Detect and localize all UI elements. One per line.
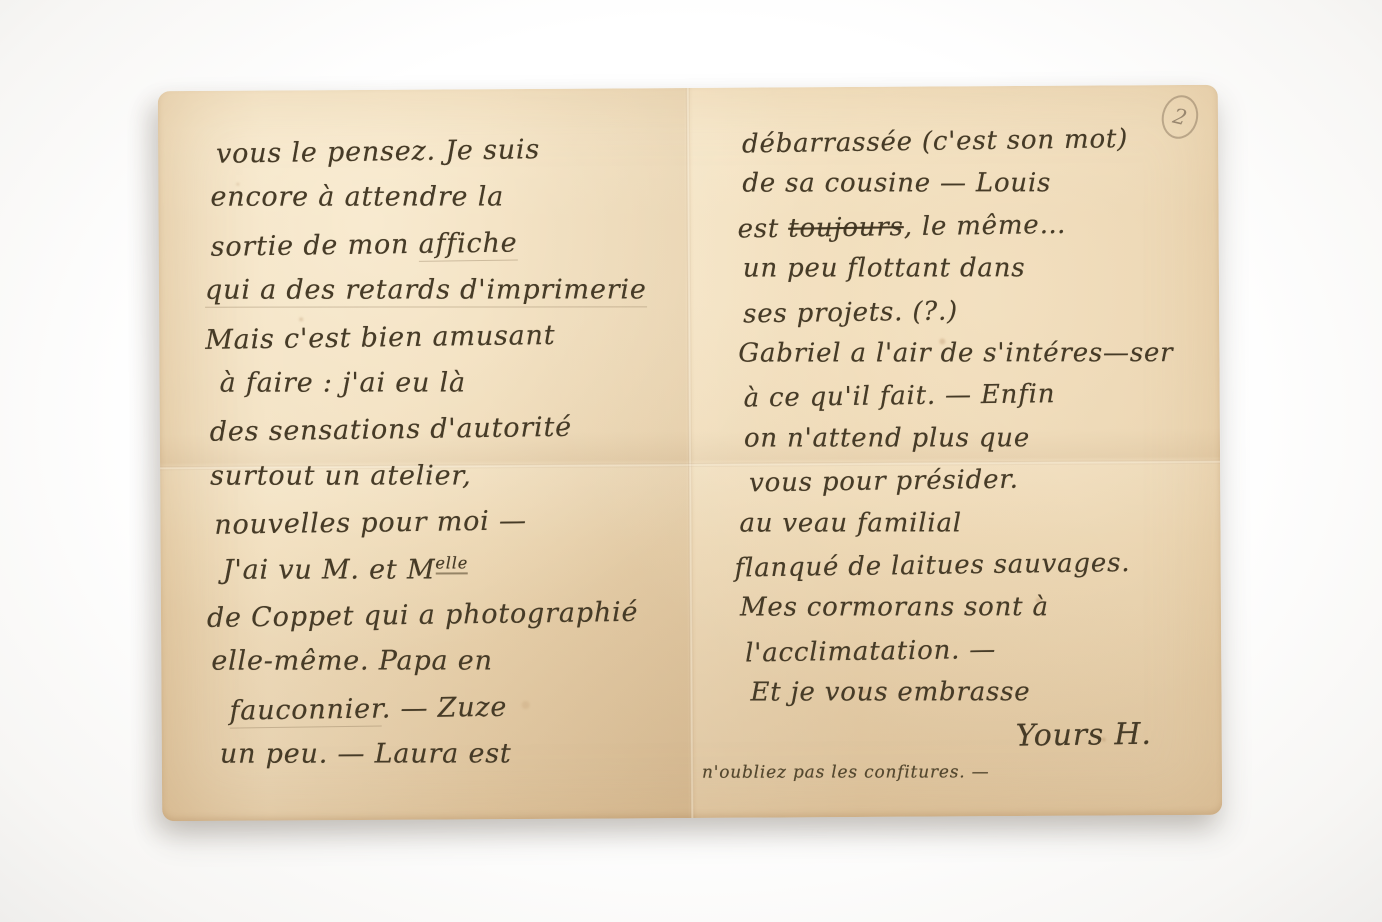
- manuscript-text-segment: débarrassée (c'est son mot): [742, 124, 1128, 159]
- manuscript-text-segment: qui a des retards d'imprimerie: [205, 274, 647, 307]
- manuscript-text-segment: elle: [435, 553, 468, 574]
- manuscript-line: nouvelles pour moi —: [214, 503, 687, 556]
- manuscript-line: n'oubliez pas les confitures. —: [702, 762, 1198, 786]
- manuscript-text-segment: affiche: [418, 227, 517, 261]
- letter-sheet: 2 vous le pensez. Je suisencore à attend…: [158, 85, 1222, 821]
- manuscript-line: encore à attendre la: [210, 182, 684, 229]
- manuscript-line: est toujours, le même…: [737, 208, 1195, 257]
- manuscript-line: un peu. — Laura est: [220, 738, 688, 785]
- manuscript-text-segment: de sa cousine — Louis: [742, 169, 1051, 199]
- manuscript-text-segment: flanqué de laitues sauvages.: [734, 548, 1130, 584]
- manuscript-line: vous le pensez. Je suis: [216, 132, 685, 185]
- manuscript-line: fauconnier. — Zuze: [229, 689, 688, 742]
- manuscript-text-segment: ses projets. (?.): [743, 296, 958, 329]
- manuscript-text-segment: à faire : j'ai eu là: [220, 367, 466, 398]
- manuscript-line: qui a des retards d'imprimerie: [205, 274, 685, 321]
- manuscript-text-segment: un peu. — Laura est: [220, 738, 512, 769]
- manuscript-line: Mais c'est bien amusant: [205, 318, 686, 371]
- manuscript-text-segment: , le même…: [904, 210, 1067, 242]
- manuscript-text-segment: n'oubliez pas les confitures. —: [702, 762, 990, 782]
- right-page-text: débarrassée (c'est son mot)de sa cousine…: [732, 125, 1198, 788]
- manuscript-text-segment: encore à attendre la: [210, 182, 504, 213]
- manuscript-text-segment: Mais c'est bien amusant: [205, 320, 556, 356]
- manuscript-text-segment: au veau familial: [739, 508, 961, 538]
- manuscript-text-segment: à ce qu'il fait. — Enfin: [743, 379, 1055, 413]
- manuscript-line: un peu flottant dans: [743, 253, 1195, 296]
- manuscript-line: flanqué de laitues sauvages.: [734, 547, 1197, 596]
- manuscript-line: vous pour présider.: [749, 462, 1197, 511]
- manuscript-line: on n'attend plus que: [744, 423, 1196, 466]
- manuscript-line: l'acclimatation. —: [745, 632, 1198, 681]
- manuscript-line: Gabriel a l'air de s'intéres—ser: [738, 338, 1195, 381]
- manuscript-line: Yours H.: [735, 717, 1198, 766]
- manuscript-line: J'ai vu M. et Melle: [223, 553, 687, 600]
- left-page-text: vous le pensez. Je suisencore à attendre…: [204, 134, 688, 786]
- manuscript-text-segment: un peu flottant dans: [743, 253, 1026, 283]
- manuscript-text-segment: . — Zuze: [381, 691, 507, 724]
- manuscript-line: Et je vous embrasse: [750, 677, 1197, 720]
- manuscript-text-segment: sortie de mon: [210, 229, 418, 263]
- manuscript-text-segment: l'acclimatation. —: [745, 635, 996, 669]
- manuscript-text-segment: on n'attend plus que: [744, 423, 1030, 453]
- manuscript-line: Mes cormorans sont à: [740, 592, 1197, 635]
- manuscript-line: sortie de mon affiche: [210, 225, 685, 278]
- manuscript-text-segment: nouvelles pour moi —: [214, 506, 527, 541]
- manuscript-text-segment: Mes cormorans sont à: [740, 593, 1049, 623]
- photo-background: 2 vous le pensez. Je suisencore à attend…: [0, 0, 1382, 922]
- manuscript-line: elle-même. Papa en: [211, 646, 687, 693]
- manuscript-line: débarrassée (c'est son mot): [742, 123, 1195, 172]
- manuscript-line: des sensations d'autorité: [210, 411, 687, 464]
- manuscript-text-segment: est: [737, 214, 788, 245]
- manuscript-text-segment: vous le pensez. Je suis: [216, 134, 540, 170]
- manuscript-line: ses projets. (?.): [743, 293, 1196, 342]
- manuscript-line: au veau familial: [739, 508, 1196, 551]
- manuscript-text-segment: des sensations d'autorité: [210, 412, 573, 448]
- manuscript-text-segment: toujours: [788, 212, 904, 244]
- manuscript-text-segment: Et je vous embrasse: [750, 677, 1030, 707]
- manuscript-text-segment: J'ai vu M. et M: [223, 554, 436, 585]
- manuscript-text-segment: surtout un atelier,: [210, 460, 471, 491]
- manuscript-text-segment: de Coppet qui a photographié: [207, 597, 639, 634]
- manuscript-line: surtout un atelier,: [210, 460, 686, 507]
- manuscript-line: de sa cousine — Louis: [742, 168, 1194, 211]
- manuscript-text-segment: elle-même. Papa en: [211, 646, 492, 677]
- manuscript-text-segment: Gabriel a l'air de s'intéres—ser: [738, 338, 1173, 368]
- manuscript-text-segment: vous pour présider.: [749, 465, 1019, 499]
- manuscript-line: à faire : j'ai eu là: [220, 367, 686, 414]
- manuscript-text-segment: fauconnier: [229, 693, 382, 728]
- manuscript-text-segment: Yours H.: [1016, 717, 1152, 754]
- manuscript-line: de Coppet qui a photographié: [207, 596, 688, 649]
- manuscript-line: à ce qu'il fait. — Enfin: [743, 377, 1196, 426]
